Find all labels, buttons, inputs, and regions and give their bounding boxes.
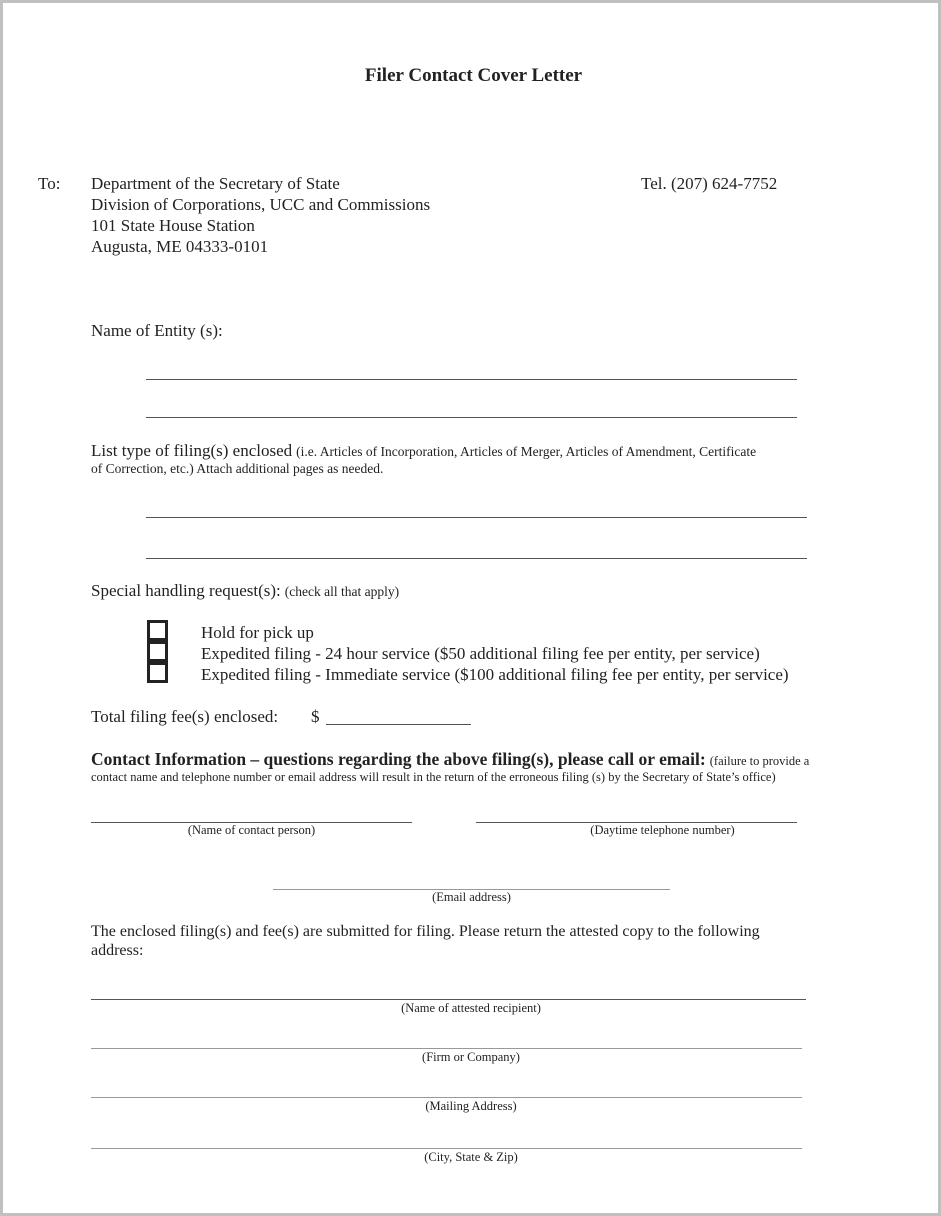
return-text-cont: address: (91, 942, 143, 960)
phone-number: Tel. (207) 624-7752 (641, 174, 777, 194)
filing-type-label-row: List type of filing(s) enclosed (i.e. Ar… (91, 441, 756, 461)
special-handling-row: Special handling request(s): (check all … (91, 581, 399, 601)
filing-type-note-cont: of Correction, etc.) Attach additional p… (91, 461, 383, 477)
return-text: The enclosed filing(s) and fee(s) are su… (91, 923, 760, 941)
page-title: Filer Contact Cover Letter (3, 65, 941, 87)
filing-type-note: (i.e. Articles of Incorporation, Article… (296, 444, 756, 459)
address-line: Augusta, ME 04333-0101 (91, 237, 268, 257)
filing-type-line-2[interactable] (146, 558, 807, 559)
option-expedited-24h: Expedited filing - 24 hour service ($50 … (201, 644, 760, 664)
total-fee-label: Total filing fee(s) enclosed: (91, 707, 278, 727)
total-fee-input-line[interactable] (326, 724, 471, 725)
firm-company-caption: (Firm or Company) (91, 1050, 851, 1065)
mailing-address-caption: (Mailing Address) (91, 1099, 851, 1114)
city-state-zip-line[interactable] (91, 1148, 802, 1149)
entity-name-label: Name of Entity (s): (91, 321, 223, 341)
expedited-immediate-checkbox[interactable] (147, 662, 168, 683)
option-hold-for-pickup: Hold for pick up (201, 623, 314, 643)
special-handling-label: Special handling request(s): (91, 581, 281, 600)
to-label: To: (38, 174, 60, 194)
special-handling-note: (check all that apply) (285, 584, 399, 599)
mailing-address-line[interactable] (91, 1097, 802, 1098)
contact-note: (failure to provide a (710, 754, 810, 768)
firm-company-line[interactable] (91, 1048, 802, 1049)
address-line: Department of the Secretary of State (91, 174, 340, 194)
entity-name-line-2[interactable] (146, 417, 797, 418)
contact-name-caption: (Name of contact person) (91, 823, 412, 838)
address-line: Division of Corporations, UCC and Commis… (91, 195, 430, 215)
attested-recipient-line[interactable] (91, 999, 806, 1000)
entity-name-line-1[interactable] (146, 379, 797, 380)
filing-type-label: List type of filing(s) enclosed (91, 441, 292, 460)
document-page: Filer Contact Cover Letter To: Departmen… (0, 0, 941, 1216)
attested-recipient-caption: (Name of attested recipient) (91, 1001, 851, 1016)
address-line: 101 State House Station (91, 216, 255, 236)
currency-symbol: $ (311, 707, 320, 727)
expedited-24h-checkbox[interactable] (147, 641, 168, 662)
city-state-zip-caption: (City, State & Zip) (91, 1150, 851, 1165)
contact-heading: Contact Information – questions regardin… (91, 749, 706, 769)
hold-for-pickup-checkbox[interactable] (147, 620, 168, 641)
daytime-phone-caption: (Daytime telephone number) (476, 823, 849, 838)
filing-type-line-1[interactable] (146, 517, 807, 518)
email-caption: (Email address) (273, 890, 670, 905)
contact-heading-row: Contact Information – questions regardin… (91, 749, 809, 770)
option-expedited-immediate: Expedited filing - Immediate service ($1… (201, 665, 789, 685)
contact-note-cont: contact name and telephone number or ema… (91, 770, 776, 785)
